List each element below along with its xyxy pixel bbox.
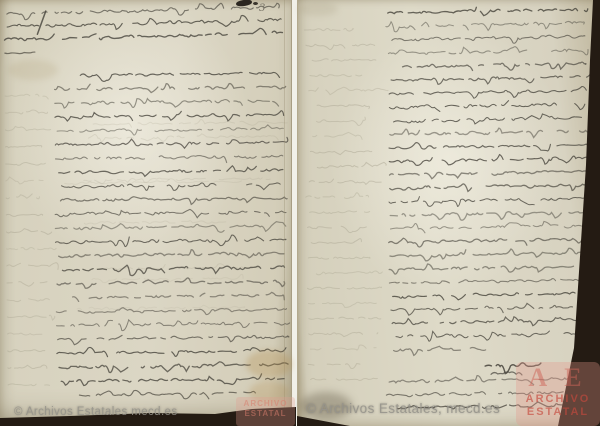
stamp-text-line2: ESTATAL bbox=[516, 406, 600, 419]
watermark-left: © Archivos Estatales mecd.es bbox=[14, 406, 178, 418]
book-edge-shadows bbox=[0, 0, 600, 426]
archive-stamp: A E ARCHIVO ESTATAL bbox=[516, 362, 600, 426]
stamp-letters: A E bbox=[516, 363, 600, 393]
watermark-right: © Archivos Estatales, mecd.es bbox=[306, 401, 500, 416]
archive-stamp-small: ARCHIVO ESTATAL bbox=[236, 397, 295, 426]
stamp-small-line2: ESTATAL bbox=[236, 409, 295, 419]
gutter-dark-corner bbox=[297, 416, 350, 426]
manuscript-scan-image: Copia de su papel que se remitió en … 3 … bbox=[0, 0, 600, 426]
stamp-text-line1: ARCHIVO bbox=[516, 393, 600, 406]
stamp-small-line1: ARCHIVO bbox=[236, 399, 295, 409]
